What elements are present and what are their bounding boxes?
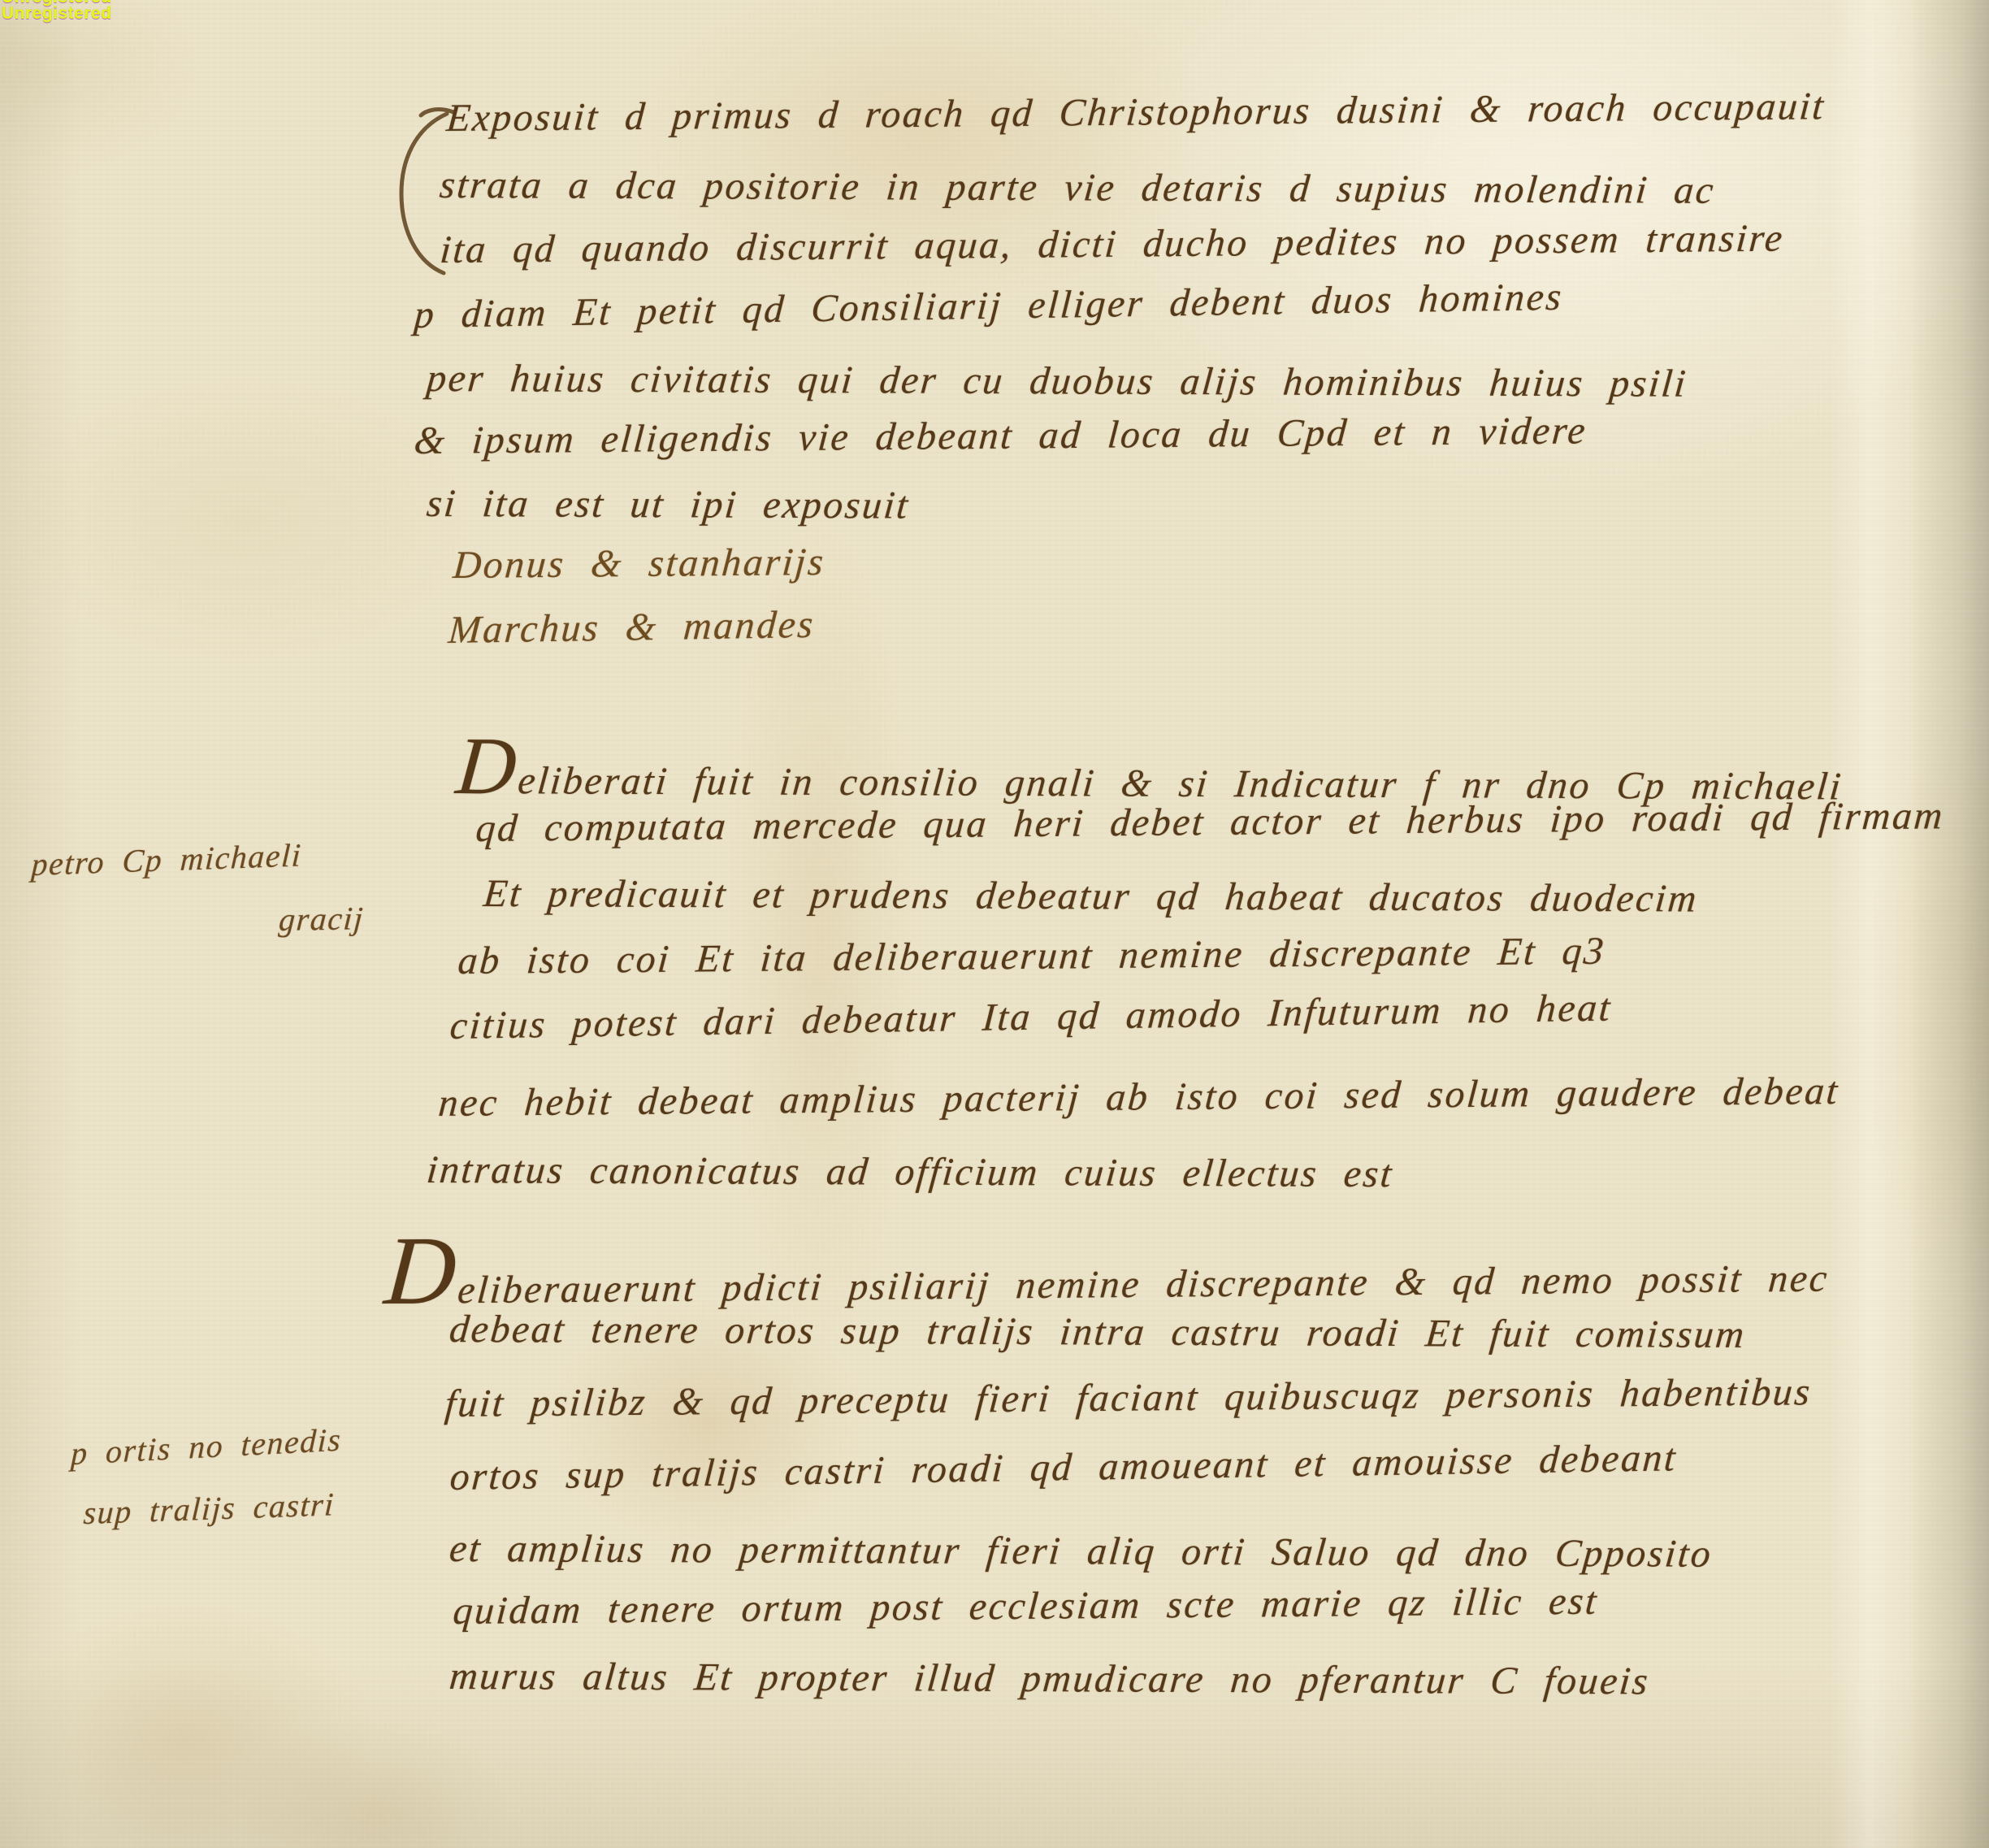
manuscript-line: ortos sup tralijs castri roadi qd amouea… <box>448 1435 1679 1499</box>
manuscript-line: per huius civitatis qui der cu duobus al… <box>425 356 1689 406</box>
manuscript-line: si ita est ut ipi exposuit <box>425 481 912 528</box>
manuscript-line: ita qd quando discurrit aqua, dicti duch… <box>439 216 1786 272</box>
manuscript-line: fuit psilibz & qd preceptu fieri faciant… <box>444 1369 1813 1426</box>
manuscript-line: & ipsum elligendis vie debeant ad loca d… <box>413 408 1589 463</box>
manuscript-line: quidam tenere ortum post ecclesiam scte … <box>452 1579 1601 1633</box>
manuscript-line: et amplius no permittantur fieri aliq or… <box>448 1526 1714 1577</box>
manuscript-page: Unregistered Unregistered Exposuit d pri… <box>0 0 1989 1848</box>
witness-name-line: Donus & stanharijs <box>452 540 827 588</box>
manuscript-line: murus altus Et propter illud pmudicare n… <box>448 1654 1652 1703</box>
manuscript-line: Deliberauerunt pdicti psiliarij nemine d… <box>383 1224 1833 1313</box>
margin-note-line: gracij <box>278 899 366 939</box>
margin-note-line: p ortis no tenedis <box>70 1421 342 1473</box>
manuscript-line: p diam Et petit qd Consiliarij elliger d… <box>413 275 1565 337</box>
manuscript-line: debeat tenere ortos sup tralijs intra ca… <box>448 1307 1748 1357</box>
manuscript-line: ab isto coi Et ita deliberauerunt nemine… <box>457 929 1607 983</box>
manuscript-line: Exposuit d primus d roach qd Christophor… <box>445 84 1827 141</box>
margin-note-line: petro Cp michaeli <box>31 835 303 883</box>
witness-name-line: Marchus & mandes <box>447 602 817 653</box>
manuscript-line: intratus canonicatus ad officium cuius e… <box>425 1147 1395 1196</box>
manuscript-line: nec hebit debeat amplius pacterij ab ist… <box>437 1069 1841 1126</box>
watermark-text: Unregistered <box>2 4 112 24</box>
margin-note-line: sup tralijs castri <box>83 1485 336 1532</box>
manuscript-line: citius potest dari debeatur Ita qd amodo… <box>448 986 1614 1049</box>
manuscript-line: Et predicauit et prudens debeatur qd hab… <box>482 871 1701 922</box>
manuscript-line: strata a dca positorie in parte vie deta… <box>438 163 1717 213</box>
